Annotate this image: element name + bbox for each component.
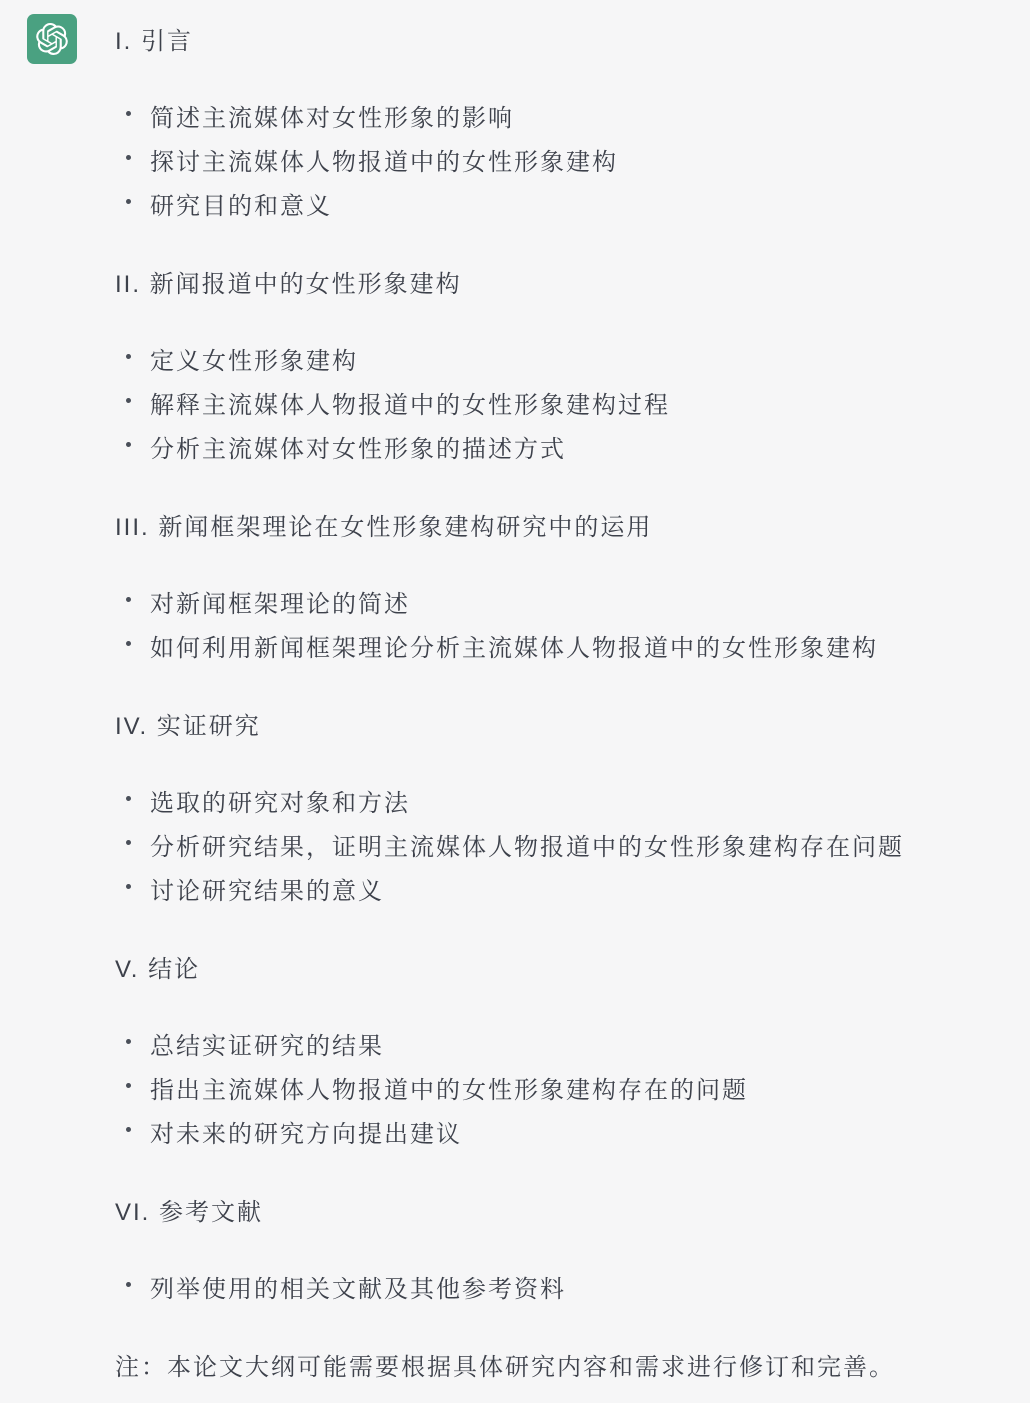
- list-item-text: 分析研究结果，证明主流媒体人物报道中的女性形象建构存在问题: [150, 834, 904, 861]
- section-heading: VI. 参考文献: [115, 1197, 970, 1228]
- bullet-icon: [126, 111, 131, 116]
- list-item-text: 讨论研究结果的意义: [150, 878, 384, 905]
- list-item-text: 探讨主流媒体人物报道中的女性形象建构: [150, 149, 618, 176]
- section-heading: I. 引言: [115, 26, 970, 57]
- list-item-text: 定义女性形象建构: [150, 348, 358, 375]
- list-item-text: 列举使用的相关文献及其他参考资料: [150, 1276, 566, 1303]
- openai-logo-icon: [36, 23, 68, 55]
- bullet-icon: [126, 796, 131, 801]
- outline-section: II. 新闻报道中的女性形象建构 定义女性形象建构 解释主流媒体人物报道中的女性…: [115, 269, 970, 472]
- list-item: 总结实证研究的结果: [115, 1025, 970, 1069]
- bullet-icon: [126, 1282, 131, 1287]
- list-item: 指出主流媒体人物报道中的女性形象建构存在的问题: [115, 1069, 970, 1113]
- section-heading: II. 新闻报道中的女性形象建构: [115, 269, 970, 300]
- list-item: 解释主流媒体人物报道中的女性形象建构过程: [115, 384, 970, 428]
- list-item-text: 分析主流媒体对女性形象的描述方式: [150, 436, 566, 463]
- outline-note: 注：本论文大纲可能需要根据具体研究内容和需求进行修订和完善。: [115, 1352, 970, 1383]
- outline-section: V. 结论 总结实证研究的结果 指出主流媒体人物报道中的女性形象建构存在的问题 …: [115, 954, 970, 1157]
- outline-section: III. 新闻框架理论在女性形象建构研究中的运用 对新闻框架理论的简述 如何利用…: [115, 512, 970, 671]
- bullet-icon: [126, 354, 131, 359]
- bullet-list: 对新闻框架理论的简述 如何利用新闻框架理论分析主流媒体人物报道中的女性形象建构: [115, 583, 970, 671]
- section-heading: IV. 实证研究: [115, 711, 970, 742]
- bullet-icon: [126, 597, 131, 602]
- bullet-icon: [126, 1127, 131, 1132]
- bullet-icon: [126, 1083, 131, 1088]
- list-item-text: 简述主流媒体对女性形象的影响: [150, 105, 514, 132]
- list-item: 对新闻框架理论的简述: [115, 583, 970, 627]
- list-item-text: 如何利用新闻框架理论分析主流媒体人物报道中的女性形象建构: [150, 635, 878, 662]
- bullet-list: 定义女性形象建构 解释主流媒体人物报道中的女性形象建构过程 分析主流媒体对女性形…: [115, 340, 970, 472]
- list-item-text: 指出主流媒体人物报道中的女性形象建构存在的问题: [150, 1077, 748, 1104]
- list-item: 简述主流媒体对女性形象的影响: [115, 97, 970, 141]
- bullet-list: 简述主流媒体对女性形象的影响 探讨主流媒体人物报道中的女性形象建构 研究目的和意…: [115, 97, 970, 229]
- list-item: 分析主流媒体对女性形象的描述方式: [115, 428, 970, 472]
- list-item: 分析研究结果，证明主流媒体人物报道中的女性形象建构存在问题: [115, 826, 970, 870]
- list-item-text: 解释主流媒体人物报道中的女性形象建构过程: [150, 392, 670, 419]
- bullet-icon: [126, 199, 131, 204]
- list-item: 列举使用的相关文献及其他参考资料: [115, 1268, 970, 1312]
- list-item: 定义女性形象建构: [115, 340, 970, 384]
- list-item: 探讨主流媒体人物报道中的女性形象建构: [115, 141, 970, 185]
- bullet-list: 列举使用的相关文献及其他参考资料: [115, 1268, 970, 1312]
- list-item: 对未来的研究方向提出建议: [115, 1113, 970, 1157]
- outline-section: VI. 参考文献 列举使用的相关文献及其他参考资料: [115, 1197, 970, 1312]
- list-item-text: 对新闻框架理论的简述: [150, 591, 410, 618]
- list-item-text: 选取的研究对象和方法: [150, 790, 410, 817]
- list-item-text: 研究目的和意义: [150, 193, 332, 220]
- list-item: 选取的研究对象和方法: [115, 782, 970, 826]
- outline-section: IV. 实证研究 选取的研究对象和方法 分析研究结果，证明主流媒体人物报道中的女…: [115, 711, 970, 914]
- bullet-icon: [126, 840, 131, 845]
- list-item-text: 总结实证研究的结果: [150, 1033, 384, 1060]
- list-item: 研究目的和意义: [115, 185, 970, 229]
- bullet-icon: [126, 641, 131, 646]
- bullet-icon: [126, 884, 131, 889]
- assistant-message: I. 引言 简述主流媒体对女性形象的影响 探讨主流媒体人物报道中的女性形象建构 …: [0, 0, 1030, 1403]
- bullet-list: 总结实证研究的结果 指出主流媒体人物报道中的女性形象建构存在的问题 对未来的研究…: [115, 1025, 970, 1157]
- outline-section: I. 引言 简述主流媒体对女性形象的影响 探讨主流媒体人物报道中的女性形象建构 …: [115, 26, 970, 229]
- bullet-icon: [126, 155, 131, 160]
- section-heading: III. 新闻框架理论在女性形象建构研究中的运用: [115, 512, 970, 543]
- bullet-icon: [126, 398, 131, 403]
- bullet-list: 选取的研究对象和方法 分析研究结果，证明主流媒体人物报道中的女性形象建构存在问题…: [115, 782, 970, 914]
- list-item-text: 对未来的研究方向提出建议: [150, 1121, 462, 1148]
- chatgpt-avatar: [27, 14, 77, 64]
- bullet-icon: [126, 1039, 131, 1044]
- list-item: 讨论研究结果的意义: [115, 870, 970, 914]
- section-heading: V. 结论: [115, 954, 970, 985]
- bullet-icon: [126, 442, 131, 447]
- list-item: 如何利用新闻框架理论分析主流媒体人物报道中的女性形象建构: [115, 627, 970, 671]
